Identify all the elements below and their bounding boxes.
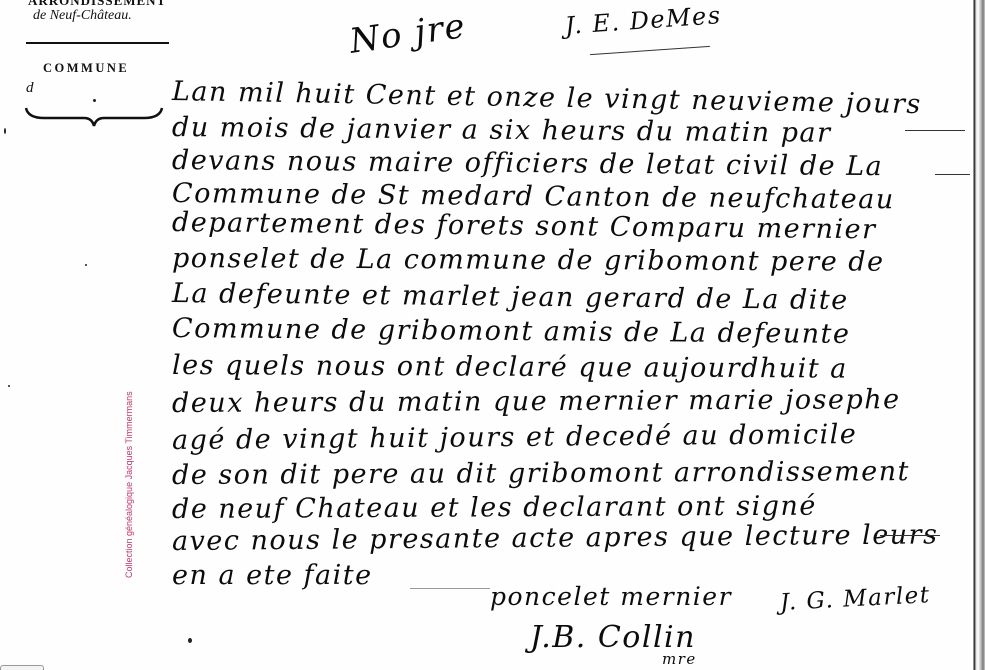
annotation-underline — [590, 46, 710, 55]
record-line-11: agé de vingt huit jours et decedé au dom… — [172, 419, 858, 456]
signature-declarant-2: J. G. Marlet — [779, 582, 931, 616]
record-line-9: les quels nous ont declaré que aujourdhu… — [172, 350, 848, 385]
record-line-6: ponselet de La commune de gribomont pere… — [172, 243, 885, 278]
record-line-15: en a ete faite — [172, 560, 373, 591]
line-fill — [935, 174, 970, 175]
registry-page: ARRONDISSEMENT de Neuf-Château. COMMUNE … — [0, 0, 985, 670]
arrondissement-name: de Neuf-Château. — [33, 8, 132, 24]
record-line-2: du mois de janvier a six heurs du matin … — [172, 112, 832, 149]
signature-mayor-title: mre — [662, 650, 697, 668]
record-line-5: departement des forets sont Comparu mern… — [172, 207, 877, 245]
record-line-14: avec nous le presante acte apres que lec… — [172, 519, 939, 557]
record-line-3: devans nous maire officiers de letat civ… — [172, 145, 883, 182]
record-line-10: deux heurs du matin que mernier marie jo… — [172, 384, 901, 419]
record-line-8: Commune de gribomont amis de La defeunte — [172, 313, 851, 350]
brace-icon — [24, 106, 164, 128]
line-fill — [905, 130, 965, 131]
line-fill — [880, 535, 940, 536]
line-fill — [410, 588, 490, 589]
header-rule — [26, 42, 169, 44]
commune-label: COMMUNE — [43, 61, 129, 76]
ink-speck — [4, 128, 6, 134]
record-number: No jre — [347, 6, 468, 62]
page-binding-edge — [971, 0, 985, 670]
viewer-corner-tab — [0, 665, 44, 670]
record-annotation: J. E. DeMes — [564, 1, 722, 40]
ink-speck — [85, 264, 87, 266]
record-line-12: de son dit pere au dit gribomont arrondi… — [172, 456, 910, 491]
signature-declarant-1: poncelet mernier — [490, 582, 732, 611]
commune-prefix: d — [26, 80, 34, 97]
ink-speck — [188, 638, 192, 643]
record-line-7: La defeunte et marlet jean gerard de La … — [172, 278, 849, 316]
ink-speck — [93, 99, 96, 102]
ink-speck — [8, 385, 10, 387]
record-line-13: de neuf Chateau et les declarant ont sig… — [172, 491, 817, 525]
collection-watermark: Collection généalogique Jacques Timmerma… — [124, 391, 134, 578]
